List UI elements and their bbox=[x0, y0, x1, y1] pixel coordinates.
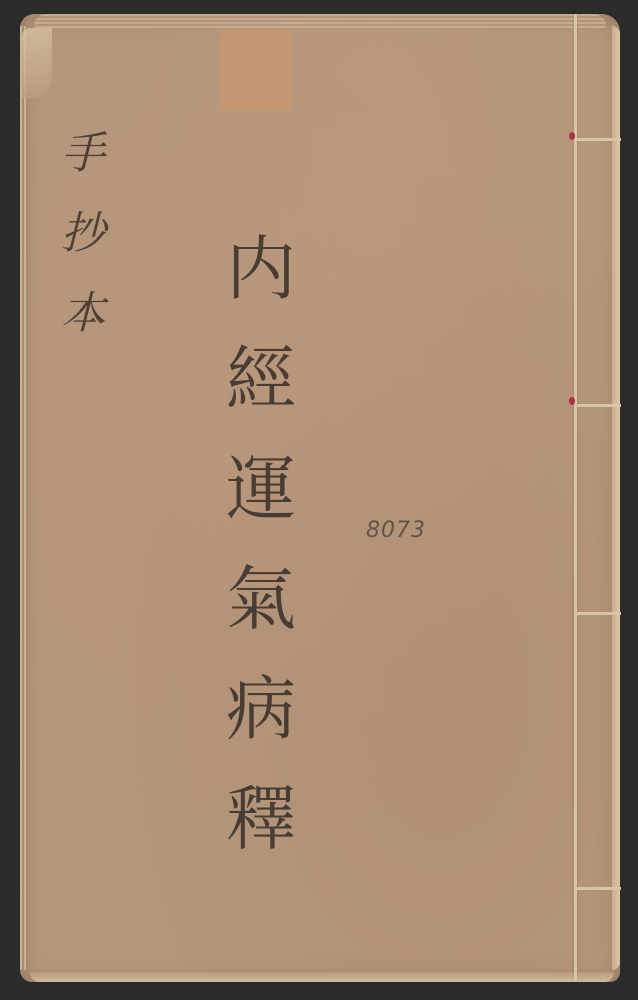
handwritten-annotation: 手 抄 本 bbox=[48, 114, 118, 354]
title-char: 内 bbox=[226, 214, 296, 324]
title-char: 經 bbox=[226, 324, 296, 434]
right-edge bbox=[612, 26, 620, 970]
handwritten-title: 内 經 運 氣 病 釋 bbox=[206, 214, 316, 874]
title-char: 釋 bbox=[226, 764, 296, 874]
bottom-edge bbox=[30, 972, 614, 982]
binding-stitch bbox=[575, 404, 621, 407]
red-mark bbox=[569, 397, 575, 405]
annotation-char: 手 bbox=[61, 114, 105, 194]
frayed-corner bbox=[22, 28, 52, 98]
annotation-char: 抄 bbox=[61, 194, 105, 274]
book-cover: 手 抄 本 内 經 運 氣 病 釋 8073 bbox=[20, 14, 620, 982]
red-mark bbox=[569, 132, 575, 140]
left-page-edges bbox=[20, 26, 28, 970]
top-page-edges bbox=[34, 14, 606, 28]
binding-stitch bbox=[575, 612, 621, 615]
title-char: 氣 bbox=[226, 544, 296, 654]
title-char: 運 bbox=[226, 434, 296, 544]
binding-stitch bbox=[575, 138, 621, 141]
title-char: 病 bbox=[226, 654, 296, 764]
catalog-number: 8073 bbox=[366, 518, 426, 543]
faded-label-patch bbox=[220, 30, 292, 110]
binding-stitch bbox=[575, 887, 621, 890]
binding-thread-vertical bbox=[574, 14, 577, 982]
annotation-char: 本 bbox=[61, 274, 105, 354]
